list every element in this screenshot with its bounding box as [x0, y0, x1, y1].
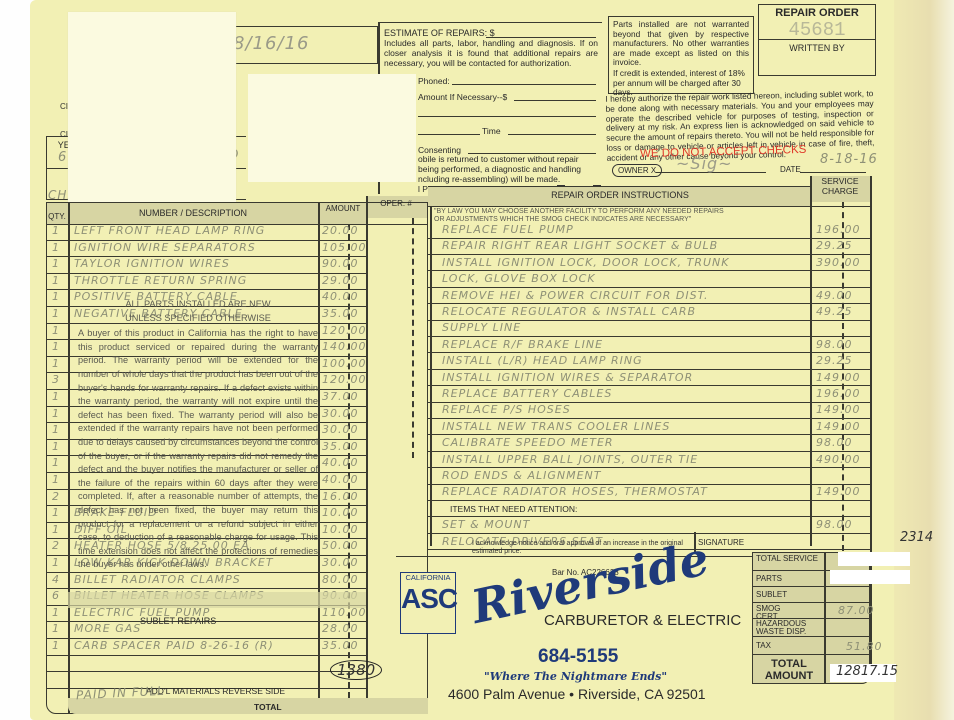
qty-cell: 1	[52, 622, 60, 635]
sublet-repairs-label: SUBLET REPAIRS	[140, 616, 216, 626]
qty-cell: 1	[52, 473, 60, 486]
instruction-text: SET & MOUNT	[442, 518, 530, 531]
tax-label: TAX	[756, 642, 771, 650]
total-amount-label: TOTAL AMOUNT	[756, 658, 822, 682]
instruction-text: LOCK, GLOVE BOX LOCK	[442, 272, 596, 285]
amount-cell: 120.00	[322, 373, 367, 386]
qty-cell: 3	[52, 373, 60, 386]
instruction-text: REMOVE HEI & POWER CIRCUIT FOR DIST.	[442, 289, 709, 302]
amount-cell: 29.00	[322, 274, 359, 287]
shop-subtitle: CARBURETOR & ELECTRIC	[544, 612, 741, 629]
instruction-row: REPLACE P/S HOSES149.00	[428, 402, 870, 419]
amount-cell: 50.00	[322, 539, 359, 552]
qty-cell: 2	[52, 490, 60, 503]
qty-cell: 1	[52, 274, 60, 287]
repair-order-block: REPAIR ORDER 45681 WRITTEN BY	[758, 4, 876, 76]
amount-cell: 28.00	[322, 622, 359, 635]
service-charge-cell: 196.00	[816, 387, 861, 400]
service-charge-cell: 149.00	[816, 420, 861, 433]
total-amount-value: 12817.15	[836, 664, 898, 679]
amount-cell: 100.00	[322, 357, 367, 370]
clause-1: obile is returned to customer without re…	[418, 154, 598, 164]
cut-text: CI	[60, 102, 72, 110]
qty-cell: 1	[52, 456, 60, 469]
amount-cell: 20.00	[322, 224, 359, 237]
total-label: TOTAL	[254, 702, 282, 712]
amount-cell: 30.00	[322, 556, 359, 569]
description-cell: LEFT FRONT HEAD LAMP RING	[74, 224, 265, 237]
date-label: DATE	[780, 165, 801, 174]
qty-cell: 1	[52, 523, 60, 536]
owner-signature: ~Sig~	[676, 154, 733, 173]
amount-cell: 30.00	[322, 423, 359, 436]
table-row: 1IGNITION WIRE SEPARATORS105.00	[46, 241, 366, 258]
service-charge-cell: 149.00	[816, 485, 861, 498]
instruction-row: REPAIR RIGHT REAR LIGHT SOCKET & BULB29.…	[428, 238, 870, 255]
qty-cell: 1	[52, 606, 60, 619]
instruction-text: INSTALL IGNITION WIRES & SEPARATOR	[442, 371, 693, 384]
description-cell: THROTTLE RETURN SPRING	[74, 274, 247, 287]
service-charge-cell: 29.25	[816, 354, 853, 367]
tax-value: 51.80	[846, 640, 883, 653]
asc-logo: CALIFORNIA ASC	[400, 572, 456, 634]
amount-field[interactable]	[514, 100, 596, 101]
warranty-text: A buyer of this product in California ha…	[78, 327, 318, 572]
clause-2: being performed, a diagnostic and handli…	[418, 164, 598, 174]
instruction-text: REPLACE R/F BRAKE LINE	[442, 338, 603, 351]
amount-cell: 10.00	[322, 506, 359, 519]
shop-slogan: "Where The Nightmare Ends"	[484, 670, 667, 683]
service-charge-cell: 29.25	[816, 239, 853, 252]
qty-cell: 1	[52, 224, 60, 237]
table-row: 1LEFT FRONT HEAD LAMP RING20.00	[46, 224, 366, 241]
instruction-text: INSTALL NEW TRANS COOLER LINES	[442, 420, 670, 433]
instruction-row: INSTALL (L/R) HEAD LAMP RING29.25	[428, 353, 870, 370]
date-field[interactable]	[800, 172, 866, 173]
instruction-row: RELOCATE REGULATOR & INSTALL CARB49.25	[428, 304, 870, 321]
amount-cell: 30.00	[322, 407, 359, 420]
table-row: 1TAYLOR IGNITION WIRES90.00	[46, 257, 366, 274]
oper-header: OPER. #	[368, 199, 424, 208]
instruction-text: REPLACE P/S HOSES	[442, 403, 571, 416]
service-charge-cell: 149.00	[816, 403, 861, 416]
instruction-row: REPLACE RADIATOR HOSES, THERMOSTAT149.00	[428, 484, 870, 501]
qty-cell: 1	[52, 423, 60, 436]
service-charge-cell: 49.00	[816, 289, 853, 302]
amount-cell: 35.00	[322, 639, 359, 652]
qty-cell: 1	[52, 440, 60, 453]
margin-note: 2314	[900, 530, 933, 545]
amount-cell: 35.00	[322, 307, 359, 320]
phoned-label: Phoned:	[418, 76, 450, 86]
sublet-total-label: SUBLET	[756, 591, 787, 599]
instruction-text: REPLACE RADIATOR HOSES, THERMOSTAT	[442, 485, 708, 498]
shop-phone: 684-5155	[538, 646, 618, 668]
qty-header: QTY.	[47, 212, 67, 221]
date-box: 8/16/16	[228, 26, 378, 64]
repair-order-title: REPAIR ORDER	[759, 7, 875, 19]
handwritten-date: 8/16/16	[233, 33, 309, 54]
qty-cell: 1	[52, 340, 60, 353]
instruction-row: SUPPLY LINE	[428, 320, 870, 337]
date-value: 8-18-16	[820, 152, 878, 167]
instruction-text: REPLACE FUEL PUMP	[442, 223, 574, 236]
instruction-row: LOCK, GLOVE BOX LOCK	[428, 271, 870, 288]
redacted-value	[838, 552, 910, 566]
service-charge-cell: 98.00	[816, 436, 853, 449]
sticky-note	[68, 12, 236, 208]
amount-cell: 40.00	[322, 456, 359, 469]
amount-cell: 10.00	[322, 523, 359, 536]
warranty-heading: ALL PARTS INSTALLED ARE NEW UNLESS SPECI…	[123, 298, 273, 325]
amount-cell: 37.00	[322, 390, 359, 403]
clause-3: ncluding re-assembling) will be made.	[418, 174, 560, 184]
qty-cell: 1	[52, 407, 60, 420]
qty-cell: 1	[52, 556, 60, 569]
table-row: 1CARB SPACER PAID 8-26-16 (R)35.00	[46, 639, 366, 656]
owner-label: OWNER X	[612, 164, 662, 177]
circled-subtotal: 1380	[330, 660, 382, 680]
instruction-text: REPLACE BATTERY CABLES	[442, 387, 612, 400]
qty-cell: 4	[52, 573, 60, 586]
instruction-row: REPLACE BATTERY CABLES196.00	[428, 386, 870, 403]
qty-cell: 1	[52, 257, 60, 270]
paper-edge	[894, 0, 954, 720]
amount-cell: 35.00	[322, 440, 359, 453]
instruction-row: INSTALL IGNITION WIRES & SEPARATOR149.00	[428, 370, 870, 387]
instruction-row: SET & MOUNT98.00	[428, 517, 870, 534]
description-cell: BILLET RADIATOR CLAMPS	[74, 573, 241, 586]
amount-header: AMOUNT	[320, 204, 366, 213]
asc-letters: ASC	[401, 582, 455, 616]
amount-cell: 105.00	[322, 241, 367, 254]
qty-cell: 1	[52, 241, 60, 254]
description-cell: TAYLOR IGNITION WIRES	[74, 257, 230, 270]
instruction-text: RELOCATE REGULATOR & INSTALL CARB	[442, 305, 696, 318]
written-by-label: WRITTEN BY	[759, 43, 875, 53]
qty-cell: 1	[52, 307, 60, 320]
instruction-row: INSTALL NEW TRANS COOLER LINES149.00	[428, 419, 870, 436]
description-cell: MORE GAS	[74, 622, 141, 635]
repair-order-number: 45681	[759, 19, 875, 41]
service-charge-cell: 390.00	[816, 256, 861, 269]
amount-cell: 120.00	[322, 324, 367, 337]
instruction-text: REPAIR RIGHT REAR LIGHT SOCKET & BULB	[442, 239, 718, 252]
instruction-row: REPLACE FUEL PUMP196.00	[428, 222, 870, 239]
service-charge-cell: 149.00	[816, 371, 861, 384]
instruction-row: INSTALL UPPER BALL JOINTS, OUTER TIE490.…	[428, 452, 870, 469]
parts-warranty-box: Parts installed are not warranted beyond…	[608, 16, 754, 94]
qty-cell: 6	[52, 589, 60, 602]
time-field[interactable]	[508, 134, 596, 135]
qty-cell: 2	[52, 539, 60, 552]
smog-value: 87.00	[838, 604, 875, 617]
service-charge-cell: 490.00	[816, 453, 861, 466]
hazardous-label: HAZARDOUS WASTE DISP.	[756, 620, 820, 636]
amount-label: Amount If Necessary--$	[418, 92, 507, 102]
instruction-text: INSTALL IGNITION LOCK, DOOR LOCK, TRUNK	[442, 256, 729, 269]
service-charge-cell: 98.00	[816, 518, 853, 531]
warranty-notice: ALL PARTS INSTALLED ARE NEW UNLESS SPECI…	[78, 298, 318, 572]
qty-cell: 1	[52, 324, 60, 337]
phoned-field[interactable]	[452, 84, 596, 85]
asc-top: CALIFORNIA	[401, 573, 455, 582]
estimate-text: Includes all parts, labor, handling and …	[384, 38, 598, 68]
service-charge-cell: 196.00	[816, 223, 861, 236]
total-service-label: TOTAL SERVICE	[756, 555, 818, 563]
cut-text: CI	[60, 130, 72, 138]
amount-cell: 40.00	[322, 290, 359, 303]
instruction-row: CALIBRATE SPEEDO METER98.00	[428, 435, 870, 452]
amount-cell: 90.00	[322, 257, 359, 270]
qty-cell: 1	[52, 357, 60, 370]
time-label: Time	[482, 126, 501, 136]
instruction-text: CALIBRATE SPEEDO METER	[442, 436, 614, 449]
items-attention-label: ITEMS THAT NEED ATTENTION:	[450, 504, 577, 514]
instruction-row: ROD ENDS & ALIGNMENT	[428, 468, 870, 485]
description-header: NUMBER / DESCRIPTION	[70, 208, 316, 218]
table-row: 1THROTTLE RETURN SPRING29.00	[46, 274, 366, 291]
service-charge-cell: 49.25	[816, 305, 853, 318]
addl-materials-label: ADD'L MATERIALS REVERSE SIDE	[146, 686, 285, 696]
instructions-header: REPAIR ORDER INSTRUCTIONS	[430, 190, 810, 200]
parts-warranty-text: Parts installed are not warranted beyond…	[613, 20, 749, 68]
amount-cell: 16.00	[322, 490, 359, 503]
amount-cell: 80.00	[322, 573, 359, 586]
table-row-empty	[46, 656, 366, 673]
redacted-value	[830, 570, 910, 584]
instruction-text: ROD ENDS & ALIGNMENT	[442, 469, 602, 482]
instruction-text: SUPPLY LINE	[442, 321, 521, 334]
service-charge-header: SERVICE CHARGE	[810, 176, 870, 196]
instruction-row: REMOVE HEI & POWER CIRCUIT FOR DIST.49.0…	[428, 288, 870, 305]
qty-cell: 1	[52, 390, 60, 403]
qty-cell: 1	[52, 506, 60, 519]
amount-cell: 140.00	[322, 340, 367, 353]
instruction-text: INSTALL (L/R) HEAD LAMP RING	[442, 354, 643, 367]
instruction-text: INSTALL UPPER BALL JOINTS, OUTER TIE	[442, 453, 698, 466]
description-cell: IGNITION WIRE SEPARATORS	[74, 241, 256, 254]
instruction-row: INSTALL IGNITION LOCK, DOOR LOCK, TRUNK3…	[428, 255, 870, 272]
table-row: 4BILLET RADIATOR CLAMPS80.00	[46, 573, 366, 590]
shop-address: 4600 Palm Avenue • Riverside, CA 92501	[448, 686, 706, 702]
description-cell: CARB SPACER PAID 8-26-16 (R)	[74, 639, 274, 652]
parts-total-label: PARTS	[756, 575, 782, 583]
sticky-note	[248, 74, 416, 182]
estimate-heading: ESTIMATE OF REPAIRS: $	[384, 28, 495, 38]
amount-cell: 40.00	[322, 473, 359, 486]
qty-cell: 1	[52, 290, 60, 303]
qty-cell: 1	[52, 639, 60, 652]
service-charge-cell: 98.00	[816, 338, 853, 351]
instruction-row: REPLACE R/F BRAKE LINE98.00	[428, 337, 870, 354]
